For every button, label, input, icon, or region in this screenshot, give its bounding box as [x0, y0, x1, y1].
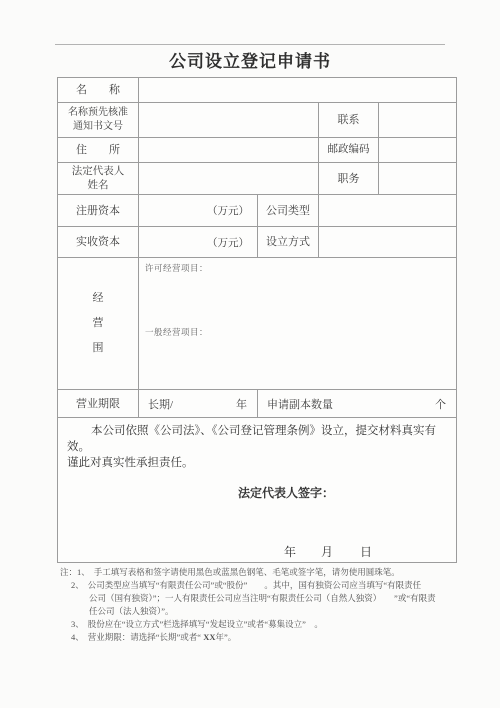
- row-address: 住 所 邮政编码: [58, 137, 456, 162]
- row-business-term: 营业期限 长期/ 年 申请副本数量 个: [58, 389, 456, 417]
- preapproval-value: [138, 103, 318, 137]
- row-legal-rep: 法定代表人 姓名 职务: [58, 162, 456, 194]
- address-label: 住 所: [58, 138, 138, 162]
- note-4: 4、 营业期限：请选择“长期”或者“ XX 年”。: [71, 631, 455, 644]
- contact-value: [378, 103, 456, 137]
- note-2-continuation: 公司（国有独资）”；一人有限责任公司应当注明“有限责任公司（自然人独资） ”或“…: [89, 592, 455, 605]
- establishment-method-value: [318, 227, 456, 257]
- row-paid-in-capital: 实收资本 （万元） 设立方式: [58, 226, 456, 257]
- copies-cell: 申请副本数量 个: [257, 390, 456, 417]
- note-1-number: 1、: [77, 566, 90, 579]
- notes-prefix: 注：: [60, 566, 77, 579]
- declaration-cell: 本公司依照《公司法》、《公司登记管理条例》设立，提交材料真实有效。 谨此对真实性…: [58, 418, 456, 564]
- declaration-line1: 本公司依照《公司法》、《公司登记管理条例》设立，提交材料真实有效。: [67, 423, 447, 455]
- company-name-label: 名 称: [58, 78, 138, 102]
- copies-unit: 个: [435, 396, 446, 412]
- note-2-continuation: 任公司（法人独资）”。: [89, 605, 455, 618]
- note-2-line3: 任公司（法人独资）”。: [89, 605, 174, 618]
- licensed-items-label: 许可经营项目：: [145, 262, 208, 274]
- registered-capital-unit: （万元）: [138, 195, 257, 226]
- note-2-number: 2、: [71, 579, 84, 592]
- row-registered-capital: 注册资本 （万元） 公司类型: [58, 194, 456, 226]
- legal-rep-label: 法定代表人 姓名: [58, 163, 138, 194]
- document-title: 公司设立登记申请书: [0, 47, 500, 72]
- signature-label: 法定代表人签字：: [238, 484, 334, 501]
- company-type-value: [318, 195, 456, 226]
- row-business-scope: 经 营 围 许可经营项目： 一般经营项目：: [58, 257, 456, 389]
- business-term-value: 长期/ 年: [138, 390, 257, 417]
- legal-rep-value: [138, 163, 318, 194]
- postal-code-label: 邮政编码: [318, 138, 378, 162]
- note-4-text-post: 年”。: [216, 631, 237, 644]
- preapproval-label: 名称预先核准 通知书文号: [58, 103, 138, 137]
- declaration-text: 本公司依照《公司法》、《公司登记管理条例》设立，提交材料真实有效。 谨此对真实性…: [58, 418, 456, 471]
- date-year-label: 年: [284, 543, 296, 560]
- date-day-label: 日: [360, 543, 372, 560]
- term-long-text: 长期/: [148, 396, 173, 412]
- declaration-line2: 谨此对真实性承担责任。: [67, 455, 447, 471]
- term-year-text: 年: [236, 396, 247, 412]
- position-label: 职务: [318, 163, 378, 194]
- note-2: 2、 公司类型应当填写“有限责任公司”或“股份” 。其中，国有独资公司应当填写“…: [71, 579, 455, 592]
- business-scope-body: 许可经营项目： 一般经营项目：: [138, 258, 456, 389]
- establishment-method-label: 设立方式: [257, 227, 318, 257]
- company-type-label: 公司类型: [257, 195, 318, 226]
- document-page: 公司设立登记申请书 名 称 名称预先核准 通知书文号 联系 住 所 邮政编码 法…: [0, 0, 500, 708]
- note-2-line1: 公司类型应当填写“有限责任公司”或“股份” 。其中，国有独资公司应当填写“有限责…: [88, 579, 421, 592]
- footnotes: 注： 1、 手工填写表格和签字请使用黑色或蓝黑色钢笔、毛笔或签字笔，请勿使用圆珠…: [60, 566, 455, 644]
- note-1: 注： 1、 手工填写表格和签字请使用黑色或蓝黑色钢笔、毛笔或签字笔，请勿使用圆珠…: [60, 566, 455, 579]
- row-declaration: 本公司依照《公司法》、《公司登记管理条例》设立，提交材料真实有效。 谨此对真实性…: [58, 417, 456, 564]
- row-preapproval: 名称预先核准 通知书文号 联系: [58, 102, 456, 137]
- business-term-label: 营业期限: [58, 390, 138, 417]
- note-3: 3、 股份应在“设立方式”栏选择填写“发起设立”或者“募集设立” 。: [71, 618, 455, 631]
- paid-in-capital-unit: （万元）: [138, 227, 257, 257]
- row-company-name: 名 称: [58, 78, 456, 102]
- note-3-number: 3、: [71, 618, 84, 631]
- note-4-text-pre: 营业期限：请选择“长期”或者“: [88, 631, 203, 644]
- address-value: [138, 138, 318, 162]
- note-4-xx: XX: [203, 631, 215, 644]
- contact-label: 联系: [318, 103, 378, 137]
- note-1-text: 手工填写表格和签字请使用黑色或蓝黑色钢笔、毛笔或签字笔，请勿使用圆珠笔。: [94, 566, 400, 579]
- postal-code-value: [378, 138, 456, 162]
- application-form-table: 名 称 名称预先核准 通知书文号 联系 住 所 邮政编码 法定代表人 姓名 职务…: [57, 77, 457, 563]
- note-3-text: 股份应在“设立方式”栏选择填写“发起设立”或者“募集设立” 。: [88, 618, 323, 631]
- date-month-label: 月: [321, 543, 333, 560]
- general-items-label: 一般经营项目：: [145, 326, 208, 338]
- registered-capital-label: 注册资本: [58, 195, 138, 226]
- header-rule: [55, 44, 445, 45]
- paid-in-capital-label: 实收资本: [58, 227, 138, 257]
- note-2-line2: 公司（国有独资）”；一人有限责任公司应当注明“有限责任公司（自然人独资） ”或“…: [89, 592, 436, 605]
- company-name-value: [138, 78, 456, 102]
- business-scope-label: 经 营 围: [58, 258, 138, 389]
- copies-label: 申请副本数量: [267, 396, 333, 412]
- note-4-number: 4、: [71, 631, 84, 644]
- position-value: [378, 163, 456, 194]
